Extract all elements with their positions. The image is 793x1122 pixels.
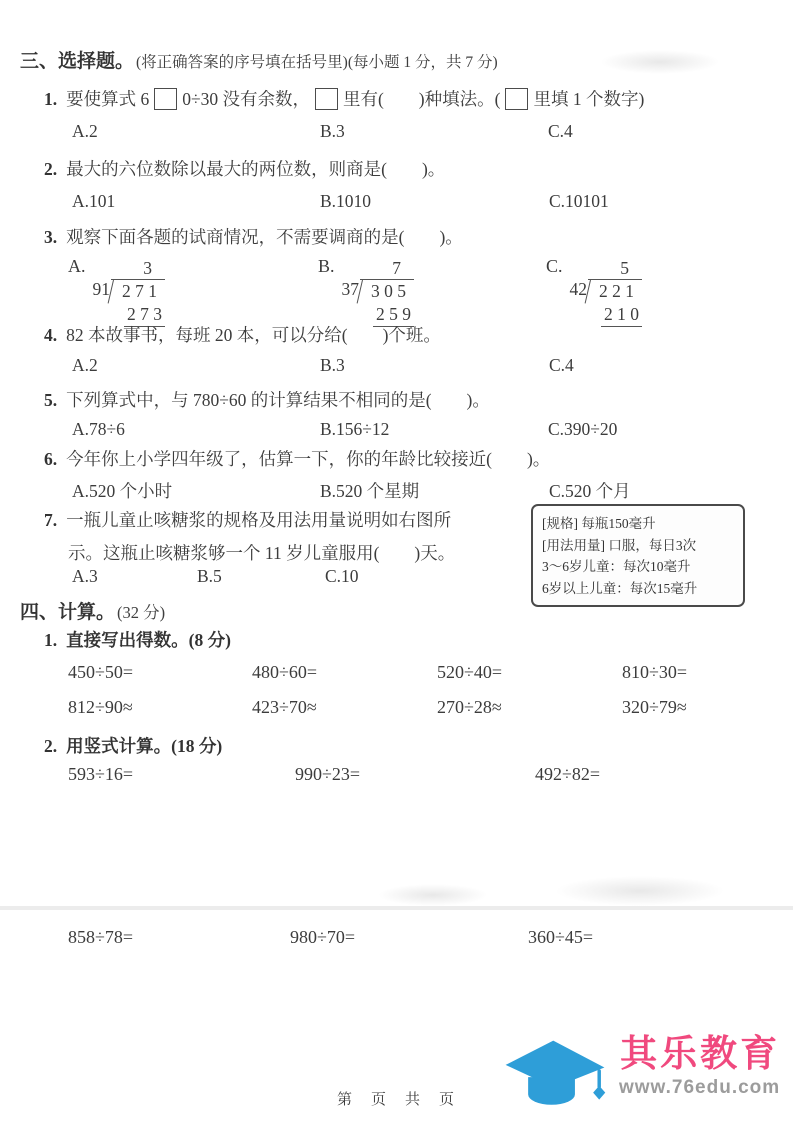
question-7-line1: 7.一瓶儿童止咳糖浆的规格及用法用量说明如右图所 [44, 507, 451, 532]
expression: 980÷70= [290, 927, 355, 948]
division-dividend: 2 2 1 [588, 279, 642, 304]
vertical-calc-row-1: 593÷16= 990÷23= 492÷82= [0, 764, 793, 790]
question-1-text-1: 要使算式 6 [66, 89, 149, 109]
option-a: A.78÷6 [72, 419, 125, 440]
question-7-options: A.3 B.5 C.10 [0, 566, 520, 590]
expression: 858÷78= [68, 927, 133, 948]
question-3-number: 3. [44, 227, 57, 247]
expression: 812÷90≈ [68, 697, 133, 718]
question-5-text: 下列算式中，与 780÷60 的计算结果不相同的是( )。 [66, 390, 490, 410]
option-c: C.10 [325, 566, 359, 587]
option-b: B.5 [197, 566, 222, 587]
scan-artifact [378, 884, 488, 906]
expression: 593÷16= [68, 764, 133, 785]
question-4-number: 4. [44, 325, 57, 345]
question-1-number: 1. [44, 89, 57, 109]
question-6-number: 6. [44, 449, 57, 469]
brand-name: 其乐教育 [620, 1032, 780, 1076]
division-quotient: 7 [360, 258, 414, 279]
section3-note: (将正确答案的序号填在括号里)(每小题 1 分，共 7 分) [136, 54, 498, 71]
question-6-options: A.520 个小时 B.520 个星期 C.520 个月 [0, 478, 793, 502]
question-1-options: A.2 B.3 C.4 [0, 121, 793, 145]
part2-number: 2. [44, 736, 57, 756]
question-1-text-2: 0÷30 没有余数， [182, 89, 310, 109]
expression: 360÷45= [528, 927, 593, 948]
section3-title: 三、选择题。 [20, 51, 134, 72]
scan-artifact [555, 876, 725, 906]
question-5: 5.下列算式中，与 780÷60 的计算结果不相同的是( )。 [44, 387, 490, 412]
long-division-figure: 3 91 2 7 1 2 7 3 [93, 258, 166, 327]
option-a: A.101 [72, 191, 115, 212]
part2-title: 2.用竖式计算。(18 分) [44, 733, 222, 758]
option-c: C.4 [548, 121, 573, 142]
med-dose-young-line: 3～6岁儿童：每次10毫升 [542, 556, 735, 578]
vertical-calc-row-2: 858÷78= 980÷70= 360÷45= [0, 927, 793, 953]
division-quotient: 3 [111, 258, 165, 279]
expression: 480÷60= [252, 662, 317, 683]
section4-heading: 四、计算。(32 分) [20, 597, 165, 624]
part1-number: 1. [44, 630, 57, 650]
question-6: 6.今年你上小学四年级了，估算一下，你的年龄比较接近( )。 [44, 446, 550, 471]
option-c: C.10101 [549, 191, 609, 212]
part2-title-text: 用竖式计算。(18 分) [66, 736, 222, 756]
expression: 520÷40= [437, 662, 502, 683]
question-2-options: A.101 B.1010 C.10101 [0, 191, 793, 215]
question-3-text: 观察下面各题的试商情况，不需要调商的是( )。 [66, 227, 463, 247]
question-1-text-3: 里有( )种填法。( [343, 89, 500, 109]
question-2: 2.最大的六位数除以最大的两位数，则商是( )。 [44, 156, 445, 181]
division-b-label: B. [318, 256, 335, 277]
option-b: B.156÷12 [320, 419, 389, 440]
option-b: B.3 [320, 355, 345, 376]
option-c: C.520 个月 [549, 478, 631, 503]
question-7-number: 7. [44, 510, 57, 530]
page-divider [0, 906, 793, 910]
section4-title: 四、计算。 [20, 602, 115, 623]
option-b: B.1010 [320, 191, 371, 212]
question-3: 3.观察下面各题的试商情况，不需要调商的是( )。 [44, 224, 463, 249]
division-dividend: 3 0 5 [360, 279, 414, 304]
part1-title: 1.直接写出得数。(8 分) [44, 627, 231, 652]
long-division-a: A. 3 91 2 7 1 2 7 3 [68, 256, 165, 327]
question-4-text: 82 本故事书，每班 20 本，可以分给( )个班。 [66, 325, 441, 345]
option-c: C.4 [549, 355, 574, 376]
option-b: B.3 [320, 121, 345, 142]
question-2-number: 2. [44, 159, 57, 179]
option-b: B.520 个星期 [320, 478, 419, 503]
option-a: A.2 [72, 355, 98, 376]
question-6-text: 今年你上小学四年级了，估算一下，你的年龄比较接近( )。 [66, 449, 550, 469]
question-5-options: A.78÷6 B.156÷12 C.390÷20 [0, 419, 793, 443]
expression: 990÷23= [295, 764, 360, 785]
division-c-label: C. [546, 256, 563, 277]
med-dose-older-line: 6岁以上儿童：每次15毫升 [542, 578, 735, 600]
scan-artifact [600, 50, 720, 74]
expression: 810÷30= [622, 662, 687, 683]
long-division-figure: 5 42 2 2 1 2 1 0 [570, 258, 643, 327]
section4-note: (32 分) [117, 603, 165, 622]
expression: 492÷82= [535, 764, 600, 785]
division-dividend: 2 7 1 [111, 279, 165, 304]
question-2-text: 最大的六位数除以最大的两位数，则商是( )。 [66, 159, 445, 179]
long-division-c: C. 5 42 2 2 1 2 1 0 [546, 256, 642, 327]
blank-box [315, 88, 338, 110]
question-7-line2: 示。这瓶止咳糖浆够一个 11 岁儿童服用( )天。 [68, 540, 455, 565]
question-7-text-1: 一瓶儿童止咳糖浆的规格及用法用量说明如右图所 [66, 510, 451, 530]
medicine-label-box: [规格] 每瓶150毫升 [用法用量] 口服，每日3次 3～6岁儿童：每次10毫… [531, 504, 745, 607]
question-4-options: A.2 B.3 C.4 [0, 355, 793, 379]
option-a: A.3 [72, 566, 98, 587]
part1-title-text: 直接写出得数。(8 分) [66, 630, 231, 650]
expression: 450÷50= [68, 662, 133, 683]
expression: 320÷79≈ [622, 697, 687, 718]
med-usage-line: [用法用量] 口服，每日3次 [542, 535, 735, 557]
page-footer: 第 页 共 页 [0, 1088, 793, 1109]
long-division-b: B. 7 37 3 0 5 2 5 9 [318, 256, 414, 327]
option-c: C.390÷20 [548, 419, 617, 440]
option-a: A.520 个小时 [72, 478, 172, 503]
question-4: 4.82 本故事书，每班 20 本，可以分给( )个班。 [44, 322, 441, 347]
division-product: 2 1 0 [601, 304, 642, 327]
expression: 270÷28≈ [437, 697, 502, 718]
mental-math-row-1: 450÷50= 480÷60= 520÷40= 810÷30= [0, 662, 793, 688]
division-quotient: 5 [588, 258, 642, 279]
option-a: A.2 [72, 121, 98, 142]
expression: 423÷70≈ [252, 697, 317, 718]
question-1: 1.要使算式 60÷30 没有余数，里有( )种填法。(里填 1 个数字) [44, 86, 644, 111]
division-a-label: A. [68, 256, 86, 277]
blank-box [154, 88, 177, 110]
section3-heading: 三、选择题。(将正确答案的序号填在括号里)(每小题 1 分，共 7 分) [20, 46, 498, 73]
blank-box [505, 88, 528, 110]
question-7-text-2: 示。这瓶止咳糖浆够一个 11 岁儿童服用( )天。 [68, 543, 455, 563]
med-spec-line: [规格] 每瓶150毫升 [542, 513, 735, 535]
long-division-figure: 7 37 3 0 5 2 5 9 [342, 258, 415, 327]
mental-math-row-2: 812÷90≈ 423÷70≈ 270÷28≈ 320÷79≈ [0, 697, 793, 723]
question-1-text-4: 里填 1 个数字) [533, 89, 644, 109]
question-5-number: 5. [44, 390, 57, 410]
